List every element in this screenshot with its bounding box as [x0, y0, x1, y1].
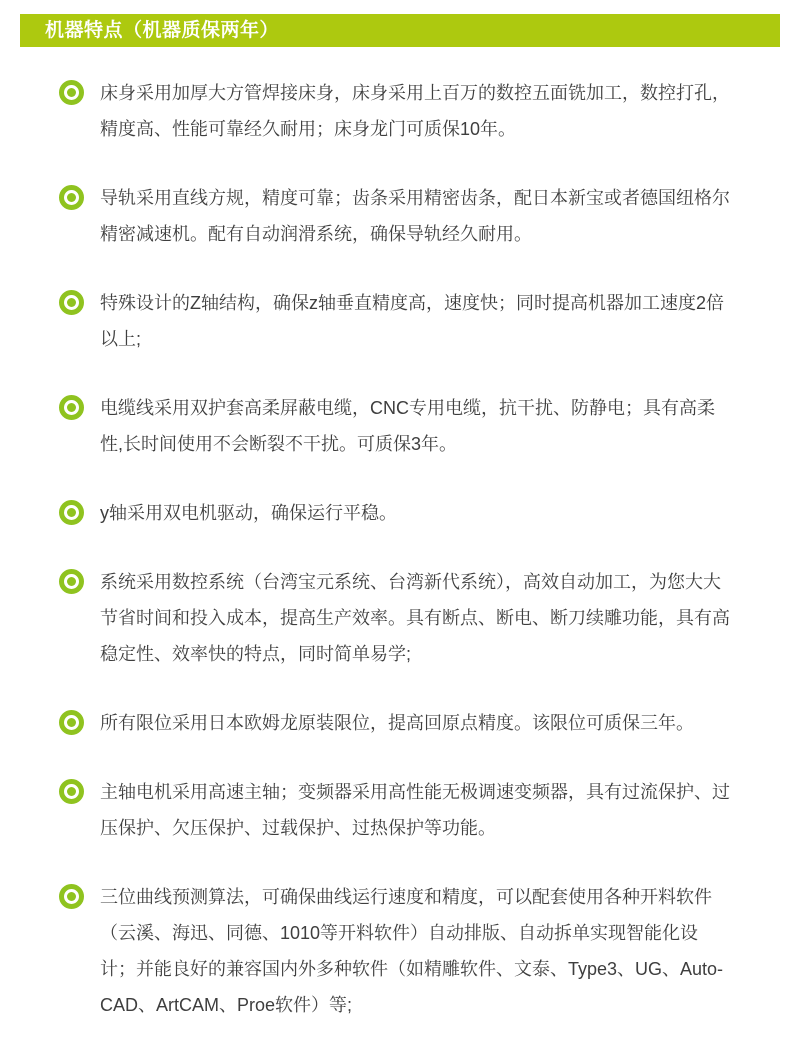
bullseye-icon: [59, 500, 84, 525]
feature-text: 三位曲线预测算法，可确保曲线运行速度和精度，可以配套使用各种开料软件 （云溪、海…: [100, 879, 723, 1023]
feature-text: 系统采用数控系统（台湾宝元系统、台湾新代系统），高效自动加工，为您大大 节省时间…: [100, 564, 730, 672]
section-header: 机器特点（机器质保两年）: [20, 14, 780, 47]
feature-item: 床身采用加厚大方管焊接床身，床身采用上百万的数控五面铣加工，数控打孔， 精度高、…: [59, 75, 770, 147]
feature-item: 特殊设计的Z轴结构，确保z轴垂直精度高，速度快；同时提高机器加工速度2倍 以上;: [59, 285, 770, 357]
bullseye-icon: [59, 290, 84, 315]
feature-item: 导轨采用直线方规，精度可靠；齿条采用精密齿条，配日本新宝或者德国纽格尔 精密减速…: [59, 180, 770, 252]
bullseye-icon: [59, 569, 84, 594]
feature-item: 三位曲线预测算法，可确保曲线运行速度和精度，可以配套使用各种开料软件 （云溪、海…: [59, 879, 770, 1023]
bullseye-icon: [59, 185, 84, 210]
feature-text: 导轨采用直线方规，精度可靠；齿条采用精密齿条，配日本新宝或者德国纽格尔 精密减速…: [100, 180, 730, 252]
bullseye-icon: [59, 884, 84, 909]
bullseye-icon: [59, 395, 84, 420]
feature-item: 电缆线采用双护套高柔屏蔽电缆，CNC专用电缆，抗干扰、防静电；具有高柔 性,长时…: [59, 390, 770, 462]
bullseye-icon: [59, 710, 84, 735]
feature-text: 电缆线采用双护套高柔屏蔽电缆，CNC专用电缆，抗干扰、防静电；具有高柔 性,长时…: [100, 390, 715, 462]
feature-item: 主轴电机采用高速主轴；变频器采用高性能无极调速变频器，具有过流保护、过 压保护、…: [59, 774, 770, 846]
feature-item: y轴采用双电机驱动，确保运行平稳。: [59, 495, 770, 531]
bullseye-icon: [59, 779, 84, 804]
feature-text: 床身采用加厚大方管焊接床身，床身采用上百万的数控五面铣加工，数控打孔， 精度高、…: [100, 75, 730, 147]
feature-text: 所有限位采用日本欧姆龙原装限位，提高回原点精度。该限位可质保三年。: [100, 705, 694, 741]
feature-item: 所有限位采用日本欧姆龙原装限位，提高回原点精度。该限位可质保三年。: [59, 705, 770, 741]
feature-text: y轴采用双电机驱动，确保运行平稳。: [100, 495, 397, 531]
feature-item: 系统采用数控系统（台湾宝元系统、台湾新代系统），高效自动加工，为您大大 节省时间…: [59, 564, 770, 672]
feature-text: 特殊设计的Z轴结构，确保z轴垂直精度高，速度快；同时提高机器加工速度2倍 以上;: [100, 285, 724, 357]
bullseye-icon: [59, 80, 84, 105]
feature-list: 床身采用加厚大方管焊接床身，床身采用上百万的数控五面铣加工，数控打孔， 精度高、…: [59, 75, 770, 1023]
section-title: 机器特点（机器质保两年）: [45, 20, 279, 41]
feature-text: 主轴电机采用高速主轴；变频器采用高性能无极调速变频器，具有过流保护、过 压保护、…: [100, 774, 730, 846]
